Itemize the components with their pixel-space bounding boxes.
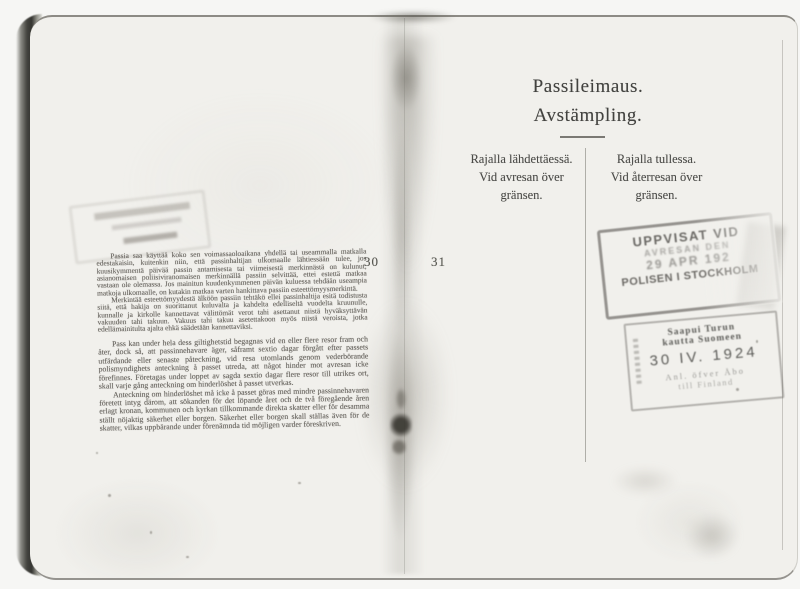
finnish-paragraph-2: Merkintää esteettömyydestä älköön passii… bbox=[97, 291, 368, 333]
ghost-stamp-line bbox=[112, 217, 182, 230]
passport-scan: Passia saa käyttää koko sen voimassaoloa… bbox=[0, 0, 800, 589]
page-number-left: 30 bbox=[364, 254, 379, 270]
speck bbox=[298, 482, 301, 484]
column-heading-departure: Rajalla lähdettäessä. Vid avresan över g… bbox=[459, 150, 584, 204]
speck bbox=[150, 531, 152, 534]
stamp-fade-overlay bbox=[695, 211, 782, 311]
swedish-paragraph-1: Pass kan under hela dess giltighetstid b… bbox=[98, 335, 369, 391]
speck bbox=[96, 452, 98, 454]
departure-heading-fi: Rajalla lähdettäessä. bbox=[459, 150, 584, 168]
title-divider-rule bbox=[560, 136, 605, 138]
speck bbox=[108, 494, 111, 497]
center-fold-line bbox=[404, 18, 405, 574]
speck bbox=[186, 556, 189, 558]
regulations-text-block: Passia saa käyttää koko sen voimassaoloa… bbox=[96, 247, 369, 433]
column-heading-arrival: Rajalla tullessa. Vid återresan över grä… bbox=[594, 150, 719, 204]
arrival-heading-sv-1: Vid återresan över bbox=[594, 168, 719, 186]
turku-arrival-stamp: Saapui Turun kautta Suomeen 30 IV. 1924 … bbox=[623, 310, 784, 411]
departure-heading-sv-2: gränsen. bbox=[459, 186, 584, 204]
page-title-finnish: Passileimaus. bbox=[468, 76, 708, 98]
ghost-stamp-line bbox=[123, 232, 177, 245]
page-number-right: 31 bbox=[431, 254, 446, 270]
stockholm-police-departure-stamp: UPPVISAT VID AVRESAN DEN 29 APR 192 POLI… bbox=[597, 212, 781, 320]
finnish-paragraph-1: Passia saa käyttää koko sen voimassaoloa… bbox=[96, 247, 367, 296]
arrival-heading-fi: Rajalla tullessa. bbox=[594, 150, 719, 168]
swedish-paragraph-2: Anteckning om hinderlöshet må icke å pas… bbox=[99, 386, 370, 433]
right-page-fold-line bbox=[782, 40, 783, 550]
binding-gutter-shadow bbox=[372, 16, 432, 574]
arrival-heading-sv-2: gränsen. bbox=[594, 186, 719, 204]
column-divider-rule bbox=[585, 148, 586, 462]
departure-heading-sv-1: Vid avresan över bbox=[459, 168, 584, 186]
page-title-swedish: Avstämpling. bbox=[468, 105, 708, 127]
